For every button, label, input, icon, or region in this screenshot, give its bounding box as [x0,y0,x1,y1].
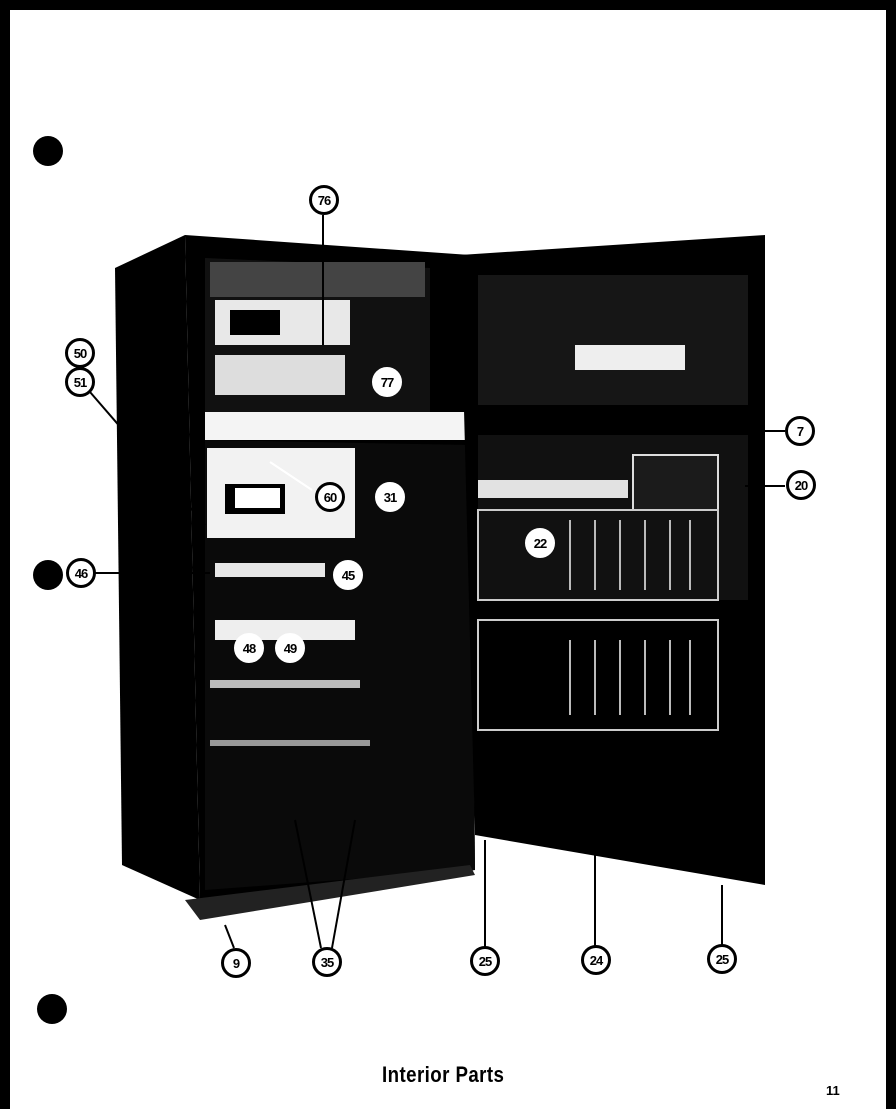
refrigerator-illustration [0,0,896,1109]
callout-46: 46 [66,558,96,588]
callout-25-right: 25 [707,944,737,974]
figure-caption: Interior Parts [382,1062,504,1088]
callout-51: 51 [65,367,95,397]
callout-7: 7 [785,416,815,446]
callout-60: 60 [315,482,345,512]
callout-25-left: 25 [470,946,500,976]
callout-49: 49 [275,633,305,663]
callout-9: 9 [221,948,251,978]
callout-50: 50 [65,338,95,368]
callout-48: 48 [234,633,264,663]
callout-45: 45 [333,560,363,590]
callout-20: 20 [786,470,816,500]
callout-24: 24 [581,945,611,975]
page-number: 11 [826,1083,840,1098]
callout-77: 77 [372,367,402,397]
callout-76: 76 [309,185,339,215]
callout-35: 35 [312,947,342,977]
callout-22: 22 [525,528,555,558]
callout-31: 31 [375,482,405,512]
